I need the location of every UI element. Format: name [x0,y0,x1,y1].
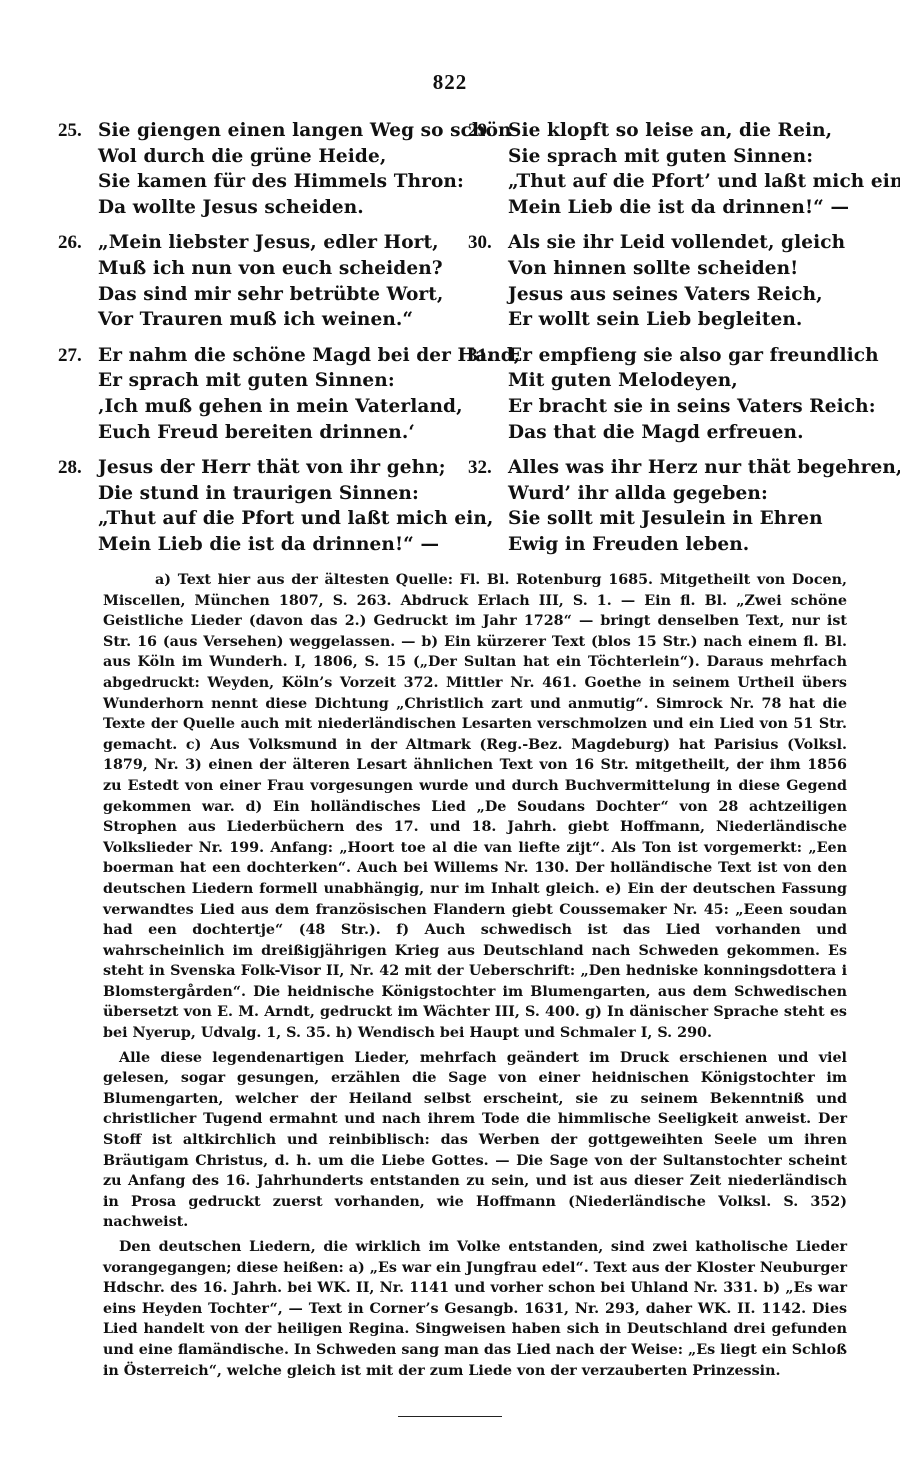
stanza-column-right: 29. Sie klopft so leise an, die Rein, Si… [468,118,878,568]
verse-line: Da wollte Jesus scheiden. [98,195,512,221]
stanza: 28. Jesus der Herr thät von ihr gehn; Di… [58,455,468,557]
commentary-paragraph: Den deutschen Liedern, die wirklich im V… [103,1237,847,1381]
stanza: 27. Er nahm die schöne Magd bei der Hand… [58,343,468,445]
stanza-number: 28. [58,455,98,557]
verse-line: Wurd’ ihr allda gegeben: [508,481,900,507]
verse-line: Alles was ihr Herz nur thät begehren, [508,455,900,481]
verse-line: Er sprach mit guten Sinnen: [98,368,520,394]
stanza-number: 29. [468,118,508,220]
verse-line: Als sie ihr Leid vollendet, gleich [508,230,878,256]
notes-section: a) Text hier aus der ältesten Quelle: Fl… [103,570,847,1385]
stanza-number: 27. [58,343,98,445]
stanza: 29. Sie klopft so leise an, die Rein, Si… [468,118,878,220]
verse-line: Er empfieng sie also gar freundlich [508,343,879,369]
verse-line: „Thut auf die Pfort und laßt mich ein, [98,506,493,532]
stanza: 25. Sie giengen einen langen Weg so schö… [58,118,468,220]
verse-line: Euch Freud bereiten drinnen.‘ [98,420,520,446]
verse-line: Ewig in Freuden leben. [508,532,900,558]
verse-line: Wol durch die grüne Heide, [98,144,512,170]
stanza: 32. Alles was ihr Herz nur thät begehren… [468,455,878,557]
verse-line: Jesus aus seines Vaters Reich, [508,282,878,308]
stanza: 30. Als sie ihr Leid vollendet, gleich V… [468,230,878,332]
verse-line: Sie sollt mit Jesulein in Ehren [508,506,900,532]
verse-line: „Thut auf die Pfort’ und laßt mich ein, [508,169,900,195]
verse-line: Er wollt sein Lieb begleiten. [508,307,878,333]
commentary-paragraph: Alle diese legendenartigen Lieder, mehrf… [103,1048,847,1233]
page-number: 822 [0,70,900,95]
verse-line: Sie kamen für des Himmels Thron: [98,169,512,195]
verse-line: Die stund in traurigen Sinnen: [98,481,493,507]
stanza: 26. „Mein liebster Jesus, edler Hort, Mu… [58,230,468,332]
stanza-number: 31. [468,343,508,445]
verse-line: ‚Ich muß gehen in mein Vaterland, [98,394,520,420]
stanza-column-left: 25. Sie giengen einen langen Weg so schö… [58,118,468,568]
source-notes-paragraph: a) Text hier aus der ältesten Quelle: Fl… [103,570,847,1044]
verse-line: Das sind mir sehr betrübte Wort, [98,282,468,308]
stanza-number: 32. [468,455,508,557]
verse-line: Sie sprach mit guten Sinnen: [508,144,900,170]
stanza-number: 25. [58,118,98,220]
closing-rule-divider [398,1416,502,1417]
verse-line: Jesus der Herr thät von ihr gehn; [98,455,493,481]
verse-line: Sie klopft so leise an, die Rein, [508,118,900,144]
verse-line: „Mein liebster Jesus, edler Hort, [98,230,468,256]
verse-line: Vor Trauren muß ich weinen.“ [98,307,468,333]
verse-line: Mein Lieb die ist da drinnen!“ — [98,532,493,558]
verse-line: Von hinnen sollte scheiden! [508,256,878,282]
stanza-number: 26. [58,230,98,332]
verse-line: Mit guten Melodeyen, [508,368,879,394]
verse-line: Das that die Magd erfreuen. [508,420,879,446]
verse-line: Er bracht sie in seins Vaters Reich: [508,394,879,420]
verse-line: Muß ich nun von euch scheiden? [98,256,468,282]
stanza: 31. Er empfieng sie also gar freundlich … [468,343,878,445]
verse-line: Mein Lieb die ist da drinnen!“ — [508,195,900,221]
verse-line: Sie giengen einen langen Weg so schön [98,118,512,144]
verse-line: Er nahm die schöne Magd bei der Hand, [98,343,520,369]
stanza-number: 30. [468,230,508,332]
